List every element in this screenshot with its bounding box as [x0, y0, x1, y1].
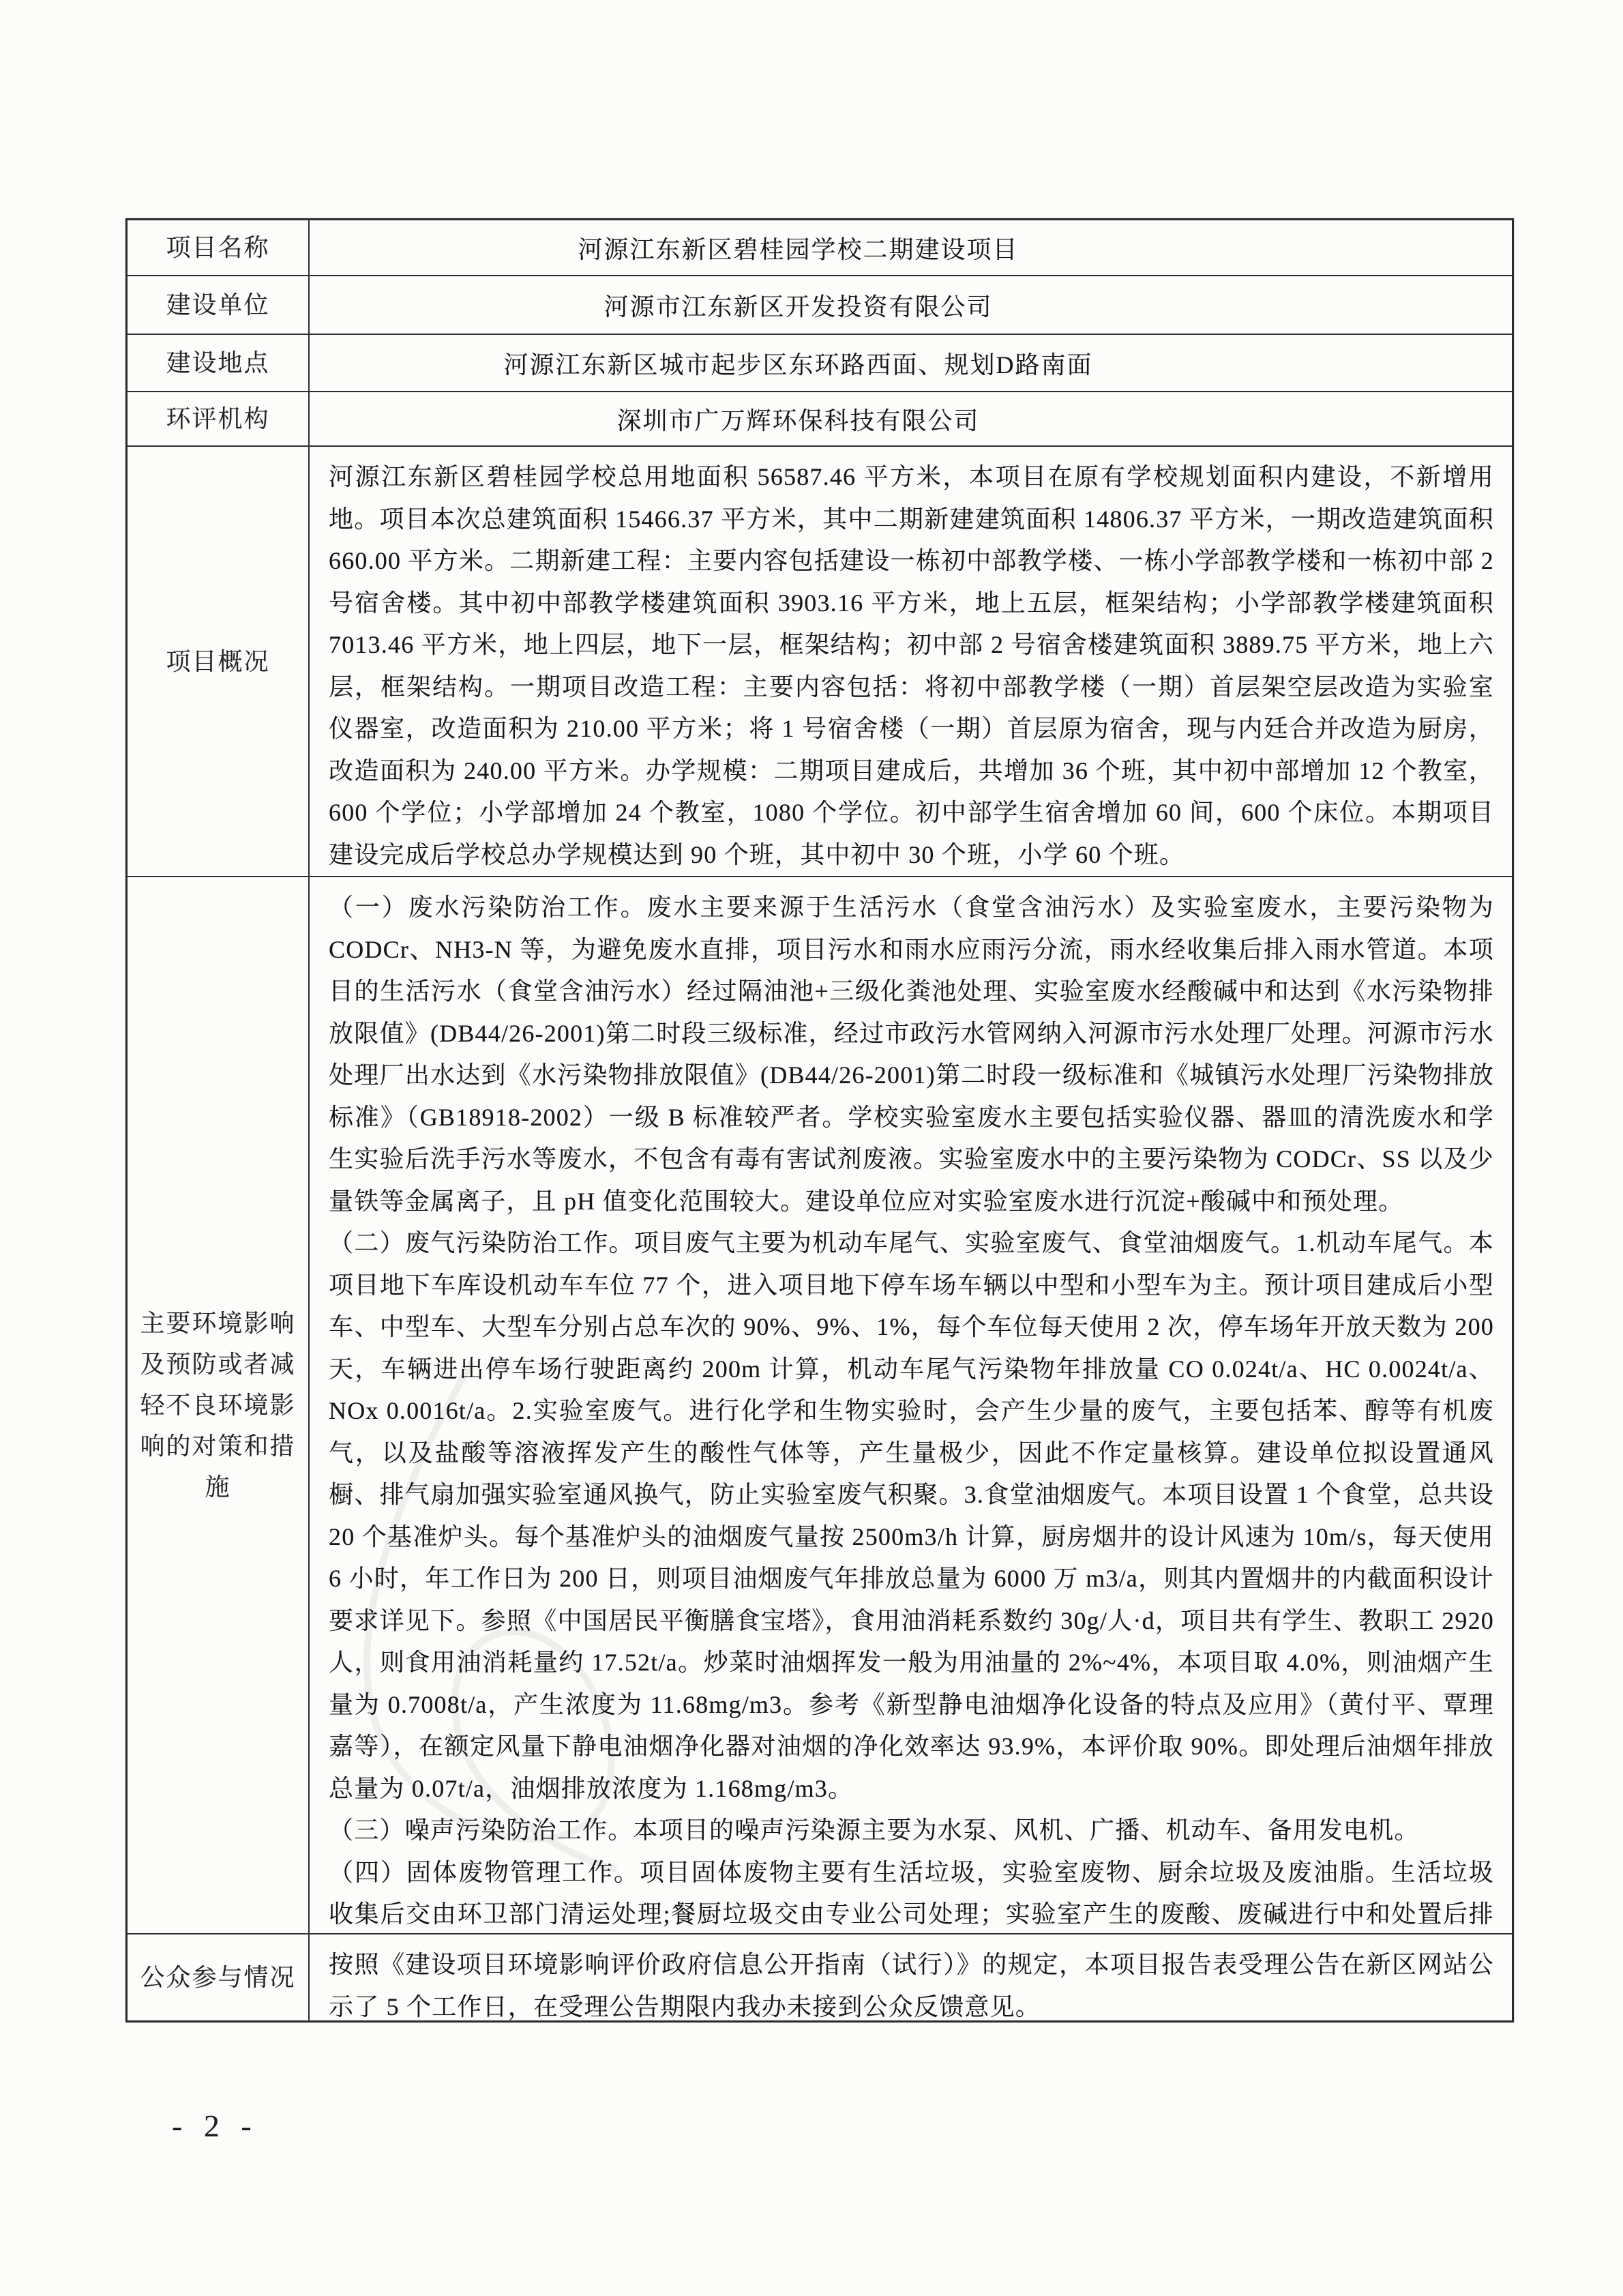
paragraph-solid-waste: （四）固体废物管理工作。项目固体废物主要有生活垃圾，实验室废物、厨余垃圾及废油脂… [329, 1852, 1494, 1934]
table-row: 项目名称 河源江东新区碧桂园学校二期建设项目 [128, 220, 1512, 275]
construction-site-value: 河源江东新区城市起步区东环路西面、规划D路南面 [310, 335, 1512, 391]
row-label-text: 建设单位 [138, 284, 298, 325]
row-label-eia-agency: 环评机构 [128, 392, 310, 445]
row-label-text: 项目名称 [138, 227, 298, 268]
report-form-table: 项目名称 河源江东新区碧桂园学校二期建设项目 建设单位 河源市江东新区开发投资有… [125, 218, 1514, 2022]
row-label-environmental-impact-measures: 主要环境影响及预防或者减轻不良环境影响的对策和措施 [128, 877, 310, 1933]
table-row: 建设单位 河源市江东新区开发投资有限公司 [128, 275, 1512, 334]
row-label-text: 项目概况 [138, 641, 298, 682]
row-label-text: 建设地点 [138, 342, 298, 383]
row-label-text: 公众参与情况 [138, 1957, 298, 1998]
document-page: 项目名称 河源江东新区碧桂园学校二期建设项目 建设单位 河源市江东新区开发投资有… [0, 0, 1623, 2296]
table-row: 项目概况 河源江东新区碧桂园学校总用地面积 56587.46 平方米，本项目在原… [128, 445, 1512, 876]
eia-agency-value: 深圳市广万辉环保科技有限公司 [310, 392, 1512, 445]
construction-unit-value: 河源市江东新区开发投资有限公司 [310, 276, 1512, 334]
project-overview-text: 河源江东新区碧桂园学校总用地面积 56587.46 平方米，本项目在原有学校规划… [310, 447, 1512, 876]
project-name-value: 河源江东新区碧桂园学校二期建设项目 [310, 220, 1512, 275]
paragraph-wastewater: （一）废水污染防治工作。废水主要来源于生活污水（食堂含油污水）及实验室废水，主要… [329, 887, 1494, 1222]
paragraph: 河源江东新区碧桂园学校总用地面积 56587.46 平方米，本项目在原有学校规划… [329, 456, 1494, 876]
environmental-impact-measures-text: （一）废水污染防治工作。废水主要来源于生活污水（食堂含油污水）及实验室废水，主要… [310, 877, 1512, 1933]
row-label-public-participation: 公众参与情况 [128, 1934, 310, 2020]
table-row: 环评机构 深圳市广万辉环保科技有限公司 [128, 391, 1512, 445]
paragraph-exhaust-gas: （二）废气污染防治工作。项目废气主要为机动车尾气、实验室废气、食堂油烟废气。1.… [329, 1222, 1494, 1810]
table-row: 建设地点 河源江东新区城市起步区东环路西面、规划D路南面 [128, 334, 1512, 391]
row-label-text: 环评机构 [138, 398, 298, 439]
public-participation-text: 按照《建设项目环境影响评价政府信息公开指南（试行）》的规定，本项目报告表受理公告… [310, 1934, 1512, 2020]
paragraph-noise: （三）噪声污染防治工作。本项目的噪声污染源主要为水泵、风机、广播、机动车、备用发… [329, 1810, 1494, 1852]
row-label-construction-unit: 建设单位 [128, 276, 310, 334]
row-label-text: 主要环境影响及预防或者减轻不良环境影响的对策和措施 [138, 1303, 298, 1507]
page-number: - 2 - [172, 2108, 258, 2144]
row-label-project-overview: 项目概况 [128, 447, 310, 876]
row-label-project-name: 项目名称 [128, 220, 310, 275]
table-row: 公众参与情况 按照《建设项目环境影响评价政府信息公开指南（试行）》的规定，本项目… [128, 1933, 1512, 2020]
table-row: 主要环境影响及预防或者减轻不良环境影响的对策和措施 （一）废水污染防治工作。废水… [128, 876, 1512, 1933]
row-label-construction-site: 建设地点 [128, 335, 310, 391]
paragraph: 按照《建设项目环境影响评价政府信息公开指南（试行）》的规定，本项目报告表受理公告… [329, 1944, 1494, 2020]
